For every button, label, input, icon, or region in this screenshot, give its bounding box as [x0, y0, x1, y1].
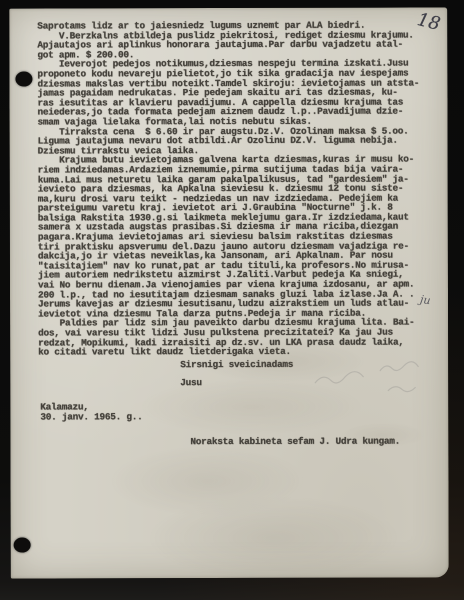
letter-closing: Sirsnigi sveicinadams	[180, 360, 293, 370]
handwritten-page-number: 18	[415, 9, 442, 35]
punch-hole-bottom	[14, 538, 31, 553]
faint-pencil-scribbles	[310, 352, 440, 402]
letter-signature: Jusu	[180, 378, 202, 388]
letter-body: Saprotams lidz ar to jaiesniedz lugums u…	[37, 21, 420, 358]
letter-date: 30. janv. 1965. g..	[40, 412, 142, 422]
copy-distribution-note: Noraksta kabineta sefam J. Udra kungam.	[190, 437, 400, 447]
scan-background: 18 Saprotams lidz ar to jaiesniedz lugum…	[0, 0, 464, 600]
handwritten-correction: ju	[419, 293, 431, 307]
punch-hole-top	[15, 72, 32, 87]
letter-page: 18 Saprotams lidz ar to jaiesniedz lugum…	[9, 7, 448, 578]
